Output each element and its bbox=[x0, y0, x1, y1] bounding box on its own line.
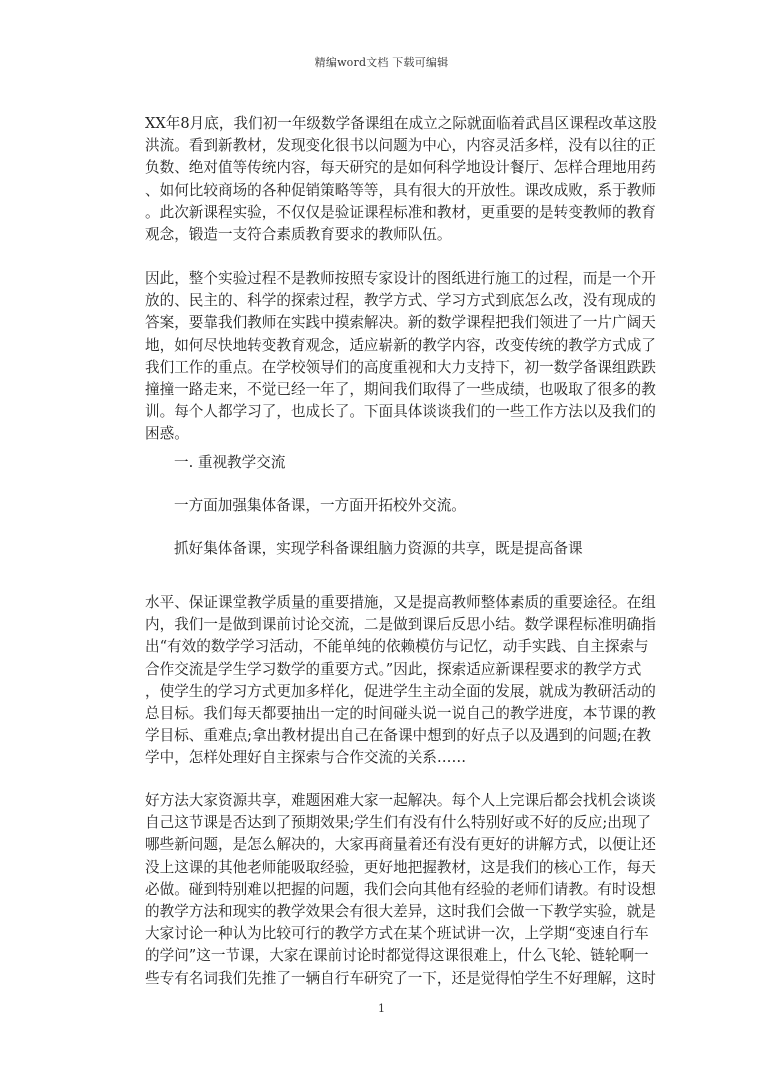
paragraph-3: 水平、保证课堂教学质量的重要措施，又是提高教师整体素质的重要途径。在组 内，我们… bbox=[145, 592, 613, 770]
text-line: 好方法大家资源共享，难题困难大家一起解决。每个人上完课后都会找机会谈谈 bbox=[145, 790, 613, 812]
text-line: 的教学方法和现实的教学效果会有很大差异，这时我们会做一下教学实验，就是 bbox=[145, 901, 613, 923]
section-intro: 抓好集体备课，实现学科备课组脑力资源的共享，既是提高备课 bbox=[174, 538, 583, 560]
text-line: 合作交流是学生学习数学的重要方式。”因此，探索适应新课程要求的教学方式 bbox=[145, 659, 613, 681]
text-line: 。此次新课程实验，不仅仅是验证课程标准和教材，更重要的是转变教师的教育 bbox=[145, 202, 613, 224]
text-line: 总目标。我们每天都要抽出一定的时间碰头说一说自己的教学进度，本节课的教 bbox=[145, 703, 613, 725]
text-line: 自己这节课是否达到了预期效果;学生们有没有什么特别好或不好的反应;出现了 bbox=[145, 812, 613, 834]
text-line: 出“有效的数学学习活动，不能单纯的依赖模仿与记忆，动手实践、自主探索与 bbox=[145, 636, 613, 658]
text-line: 必做。碰到特别难以把握的问题，我们会向其他有经验的老师们请教。有时设想 bbox=[145, 879, 613, 901]
text-line: 答案，要靠我们教师在实践中摸索解决。新的数学课程把我们领进了一片广阔天 bbox=[145, 312, 613, 334]
text-line: 我们工作的重点。在学校领导们的高度重视和大力支持下，初一数学备课组跌跌 bbox=[145, 357, 613, 379]
paragraph-1: XX年8月底，我们初一年级数学备课组在成立之际就面临着武昌区课程改革这股 洪流。… bbox=[145, 113, 613, 246]
page-header: 精编word文档 下载可编辑 bbox=[0, 54, 763, 70]
text-line: XX年8月底，我们初一年级数学备课组在成立之际就面临着武昌区课程改革这股 bbox=[145, 113, 613, 135]
text-line: 困惑。 bbox=[145, 423, 613, 445]
text-line: 水平、保证课堂教学质量的重要措施，又是提高教师整体素质的重要途径。在组 bbox=[145, 592, 613, 614]
text-line: 洪流。看到新教材，发现变化很书以问题为中心，内容灵活多样，没有以往的正 bbox=[145, 135, 613, 157]
text-line: 内，我们一是做到课前讨论交流，二是做到课后反思小结。数学课程标准明确指 bbox=[145, 614, 613, 636]
paragraph-2: 因此，整个实验过程不是教师按照专家设计的图纸进行施工的过程，而是一个开 放的、民… bbox=[145, 268, 613, 446]
section-heading: 一. 重视教学交流 bbox=[174, 452, 285, 474]
text-line: 哪些新问题，是怎么解决的，大家再商量着还有没有更好的讲解方式，以便让还 bbox=[145, 834, 613, 856]
text-line: 因此，整个实验过程不是教师按照专家设计的图纸进行施工的过程，而是一个开 bbox=[145, 268, 613, 290]
page-number: 1 bbox=[0, 1002, 763, 1015]
text-line: 放的、民主的、科学的探索过程，教学方式、学习方式到底怎么改，没有现成的 bbox=[145, 290, 613, 312]
text-line: 没上这课的其他老师能吸取经验，更好地把握教材，这是我们的核心工作，每天 bbox=[145, 857, 613, 879]
text-line: 学目标、重难点;拿出教材提出自己在备课中想到的好点子以及遇到的问题;在教 bbox=[145, 725, 613, 747]
text-line: 大家讨论一种认为比较可行的教学方式在某个班试讲一次，上学期“变速自行车 bbox=[145, 923, 613, 945]
text-line: 观念，锻造一支符合素质教育要求的教师队伍。 bbox=[145, 224, 613, 246]
text-line: 些专有名词我们先推了一辆自行车研究了一下，还是觉得怕学生不好理解，这时 bbox=[145, 968, 613, 990]
section-subtitle: 一方面加强集体备课，一方面开拓校外交流。 bbox=[174, 495, 466, 517]
text-line: 地，如何尽快地转变教育观念，适应崭新的教学内容，改变传统的教学方式成了 bbox=[145, 335, 613, 357]
text-line: ，使学生的学习方式更加多样化，促进学生主动全面的发展，就成为教研活动的 bbox=[145, 681, 613, 703]
paragraph-4: 好方法大家资源共享，难题困难大家一起解决。每个人上完课后都会找机会谈谈 自己这节… bbox=[145, 790, 613, 990]
text-line: 学中，怎样处理好自主探索与合作交流的关系…… bbox=[145, 747, 613, 769]
text-line: 的学问”这一节课，大家在课前讨论时都觉得这课很难上，什么飞轮、链轮啊一 bbox=[145, 945, 613, 967]
text-line: 负数、绝对值等传统内容，每天研究的是如何科学地设计餐厅、怎样合理地用药 bbox=[145, 157, 613, 179]
text-line: 、如何比较商场的各种促销策略等等，具有很大的开放性。课改成败，系于教师 bbox=[145, 180, 613, 202]
text-line: 撞撞一路走来，不觉已经一年了，期间我们取得了一些成绩，也吸取了很多的教 bbox=[145, 379, 613, 401]
text-line: 训。每个人都学习了，也成长了。下面具体谈谈我们的一些工作方法以及我们的 bbox=[145, 401, 613, 423]
